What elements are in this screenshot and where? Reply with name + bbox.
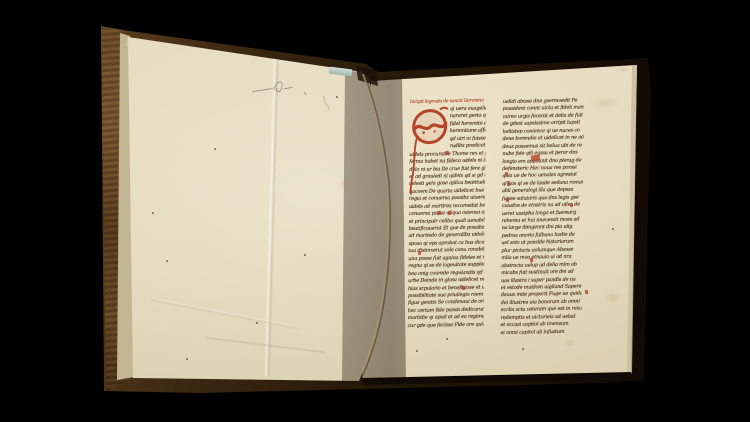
dust-speck — [304, 254, 306, 256]
dust-speck — [336, 96, 338, 98]
dust-speck — [612, 228, 614, 230]
photograph-of-open-manuscript: Incipit legenda de sancti Geronimiqi uer… — [0, 0, 750, 422]
dust-speck — [166, 260, 168, 262]
dust-speck — [446, 338, 448, 340]
dust-speck — [416, 350, 418, 352]
dust-speck — [152, 212, 154, 214]
speck-layer — [0, 0, 750, 422]
dust-speck — [522, 348, 524, 350]
dust-speck — [214, 148, 216, 150]
dust-speck — [256, 322, 258, 324]
dust-speck — [186, 358, 188, 360]
